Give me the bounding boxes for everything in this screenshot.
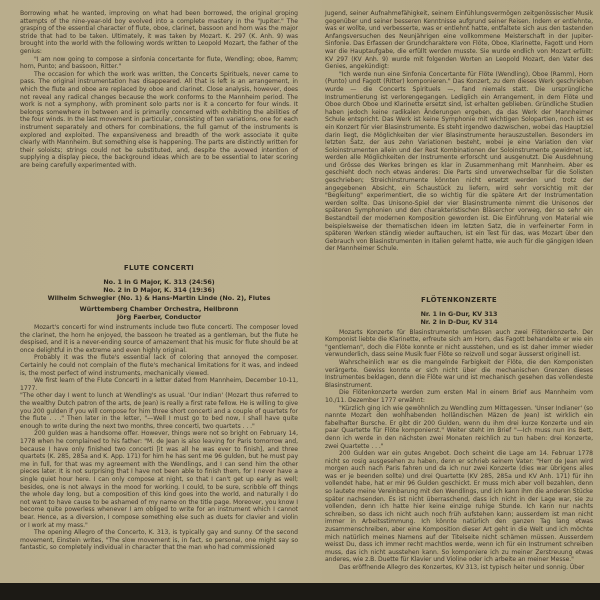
intro-paragraph: Jugend, seiner Aufnahmefähigkeit, seinem… (325, 10, 593, 71)
program-heading: FLUTE CONCERTI No. 1 in G Major, K. 313 … (20, 265, 298, 321)
english-column: Borrowing what he wanted, improving on w… (20, 10, 298, 552)
body-paragraph: We first learn of the Flute Concerti in … (20, 377, 298, 392)
body-paragraph: Mozart's concerti for wind instruments i… (20, 324, 298, 354)
conductor: Jörg Faerber, Conductor (20, 313, 298, 321)
intro-paragraph: The occasion for which the work was writ… (20, 71, 298, 170)
work-2: Nr. 2 in D-Dur, KV 314 (325, 318, 593, 326)
body-paragraph: Wahrscheinlich war es die mangelnde Farb… (325, 359, 593, 389)
intro-paragraph: Borrowing what he wanted, improving on w… (20, 10, 298, 56)
intro-paragraph: "I am now going to compose a sinfonia co… (20, 56, 298, 71)
work-2: No. 2 in D Major, K. 314 (19:36) (20, 286, 298, 294)
section-title: FLÖTENKONZERTE (325, 297, 593, 305)
body-paragraph: "Kürzlich ging ich wie gewöhnlich zu Wen… (325, 405, 593, 451)
body-paragraph: Probably it was the flute's essential la… (20, 354, 298, 377)
program-heading: FLÖTENKONZERTE Nr. 1 in G-Dur, KV 313 Nr… (325, 297, 593, 326)
body-paragraph: The opening Allegro of the Concerto, K. … (20, 529, 298, 552)
body-paragraph: 200 Gulden war ein gutes Angebot. Doch s… (325, 450, 593, 564)
work-1: Nr. 1 in G-Dur, KV 313 (325, 310, 593, 318)
work-1: No. 1 in G Major, K. 313 (24:56) (20, 278, 298, 286)
body-paragraph: Die Flötenkonzerte werden zum ersten Mal… (325, 389, 593, 404)
german-column: Jugend, seiner Aufnahmefähigkeit, seinem… (325, 10, 593, 572)
orchestra: Württemberg Chamber Orchestra, Heilbronn (20, 305, 298, 313)
intro-paragraph: "Ich werde nun eine Sinfonia Concertante… (325, 71, 593, 253)
body-paragraph: 200 gulden was a handsome offer. However… (20, 430, 298, 529)
soloists: Wilhelm Schwegler (No. 1) & Hans-Martin … (20, 294, 298, 302)
body-paragraph: Mozarts Konzerte für Blasinstrumente umf… (325, 329, 593, 359)
dark-background-edge (0, 583, 600, 600)
body-paragraph: Das eröffnende Allegro des Konzertes, KV… (325, 564, 593, 572)
section-title: FLUTE CONCERTI (20, 265, 298, 273)
liner-notes-page: Borrowing what he wanted, improving on w… (0, 0, 600, 583)
body-paragraph: "The other day I went to lunch at Wendli… (20, 392, 298, 430)
